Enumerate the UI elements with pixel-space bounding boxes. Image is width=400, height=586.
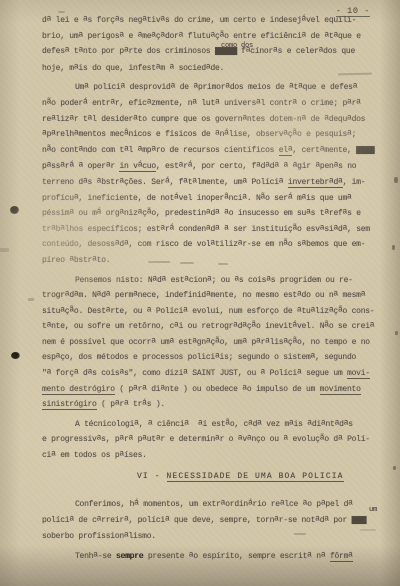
edge-speck: [392, 245, 395, 250]
text-line: sinistrógiro ( para trás ).: [42, 397, 390, 413]
document-page: - 10 - da lei e as forças negativas do c…: [0, 0, 400, 586]
text-run: nem é possível que ocorra uma estagnação…: [42, 338, 370, 347]
text-run: defesa tanto por parte dos criminosos: [42, 47, 215, 56]
text-line: mento destrógiro ( para diante ) ou obed…: [42, 382, 390, 398]
text-run: profícua, ineficiente, de notável inoper…: [42, 194, 352, 203]
text-run: Pensemos nisto: Nada estaciona; ou as co…: [75, 276, 353, 285]
text-run: e progressivas, para pautar e determinar…: [42, 435, 370, 444]
text-run: polícia de carreira, polícia que deve, s…: [42, 516, 352, 525]
text-run: situação. Destarte, ou a Polícia evolui,…: [42, 307, 374, 316]
text-run: ( para diante ) ou obedece ao impulso de…: [115, 385, 320, 394]
pencil-smudge: [148, 261, 170, 263]
text-line: não poderá entrar, eficazmente, na luta …: [42, 96, 390, 112]
section-heading: VI - NECESSIDADE DE UMA BOA POLICIA: [42, 469, 390, 485]
text-run: não poderá entrar, eficazmente, na luta …: [42, 99, 361, 108]
text-run: , im-: [343, 178, 366, 187]
text-run: espaço, dos métodos e processos policiai…: [42, 353, 356, 362]
underlined-text: mento destrógiro: [42, 385, 115, 395]
text-run: aparelhamentos mecânicos e físicos de an…: [42, 130, 356, 139]
pencil-smudge: [360, 529, 376, 531]
pencil-smudge: [0, 248, 9, 252]
text-line: Conferimos, há momentos, um extraordinár…: [42, 497, 390, 513]
text-line: trabalhos específicos; estará condenada …: [42, 222, 390, 238]
underlined-text: NECESSIDADE DE UMA BOA POLICIA: [167, 472, 344, 482]
interline-insertion-um: um: [369, 506, 377, 514]
text-line: brio, uma perigosa e ameaçadora flutuaçã…: [42, 29, 390, 45]
text-run: trogradam. Nada permanece, indefinidamen…: [42, 291, 365, 300]
text-run: cia em todos os países.: [42, 451, 147, 460]
text-run: , estará, por certo, fadada a agir apena…: [156, 162, 356, 171]
underlined-text: sinistrógiro: [42, 400, 97, 410]
text-run: péssima ou má organização, predestinada …: [42, 209, 361, 218]
text-run: hoje, mais do que, infestam a sociedade.: [42, 64, 224, 73]
pencil-smudge: [58, 11, 65, 13]
text-line: espaço, dos métodos e processos policiai…: [42, 350, 390, 366]
edge-speck: [395, 331, 398, 335]
text-run: tante, ou sofre um retôrno, cai ou retro…: [42, 322, 374, 331]
text-run: VI -: [137, 472, 167, 481]
interline-insertion-como-dos: como dos: [221, 42, 253, 50]
text-run: da lei e as forças negativas do crime, u…: [42, 16, 356, 25]
text-line: "a força das coisas", como dizia SAINT J…: [42, 366, 390, 382]
text-line: defesa tanto por parte dos criminosos ██…: [42, 44, 390, 61]
ink-blot-mark: [10, 206, 19, 214]
text-line: cia em todos os países.: [42, 448, 390, 464]
pencil-smudge: [218, 263, 228, 265]
text-run: conteúdo, desossada, com risco de volati…: [42, 240, 365, 249]
text-run: trabalhos específicos; estará condenada …: [42, 225, 370, 234]
text-run: realizar tal desiderato cumpre que os go…: [42, 115, 365, 124]
text-run: passará a operar: [42, 162, 119, 171]
text-run: , certamente,: [292, 146, 356, 155]
edge-speck: [393, 466, 396, 470]
text-run: Conferimos, há momentos, um extraordinár…: [75, 500, 353, 509]
text-run: píreo abstrato.: [42, 256, 110, 265]
text-line: polícia de carreira, polícia que deve, s…: [42, 513, 390, 530]
text-run: presente ao espírito, sempre escrita na: [143, 552, 330, 561]
text-run: ( para trás ).: [97, 400, 165, 409]
text-line: terreno das abstrações. Será, fatalmente…: [42, 175, 390, 191]
text-run: "a força das coisas", como dizia SAINT J…: [42, 369, 347, 378]
pencil-smudge: [180, 262, 194, 264]
underlined-text: in vácuo: [119, 162, 155, 172]
text-line: píreo abstrato.: [42, 253, 390, 269]
text-line: e progressivas, para pautar e determinar…: [42, 432, 390, 448]
text-run: soberbo profissionalismo.: [42, 532, 156, 541]
ink-blot-mark: [11, 352, 20, 359]
pencil-smudge: [294, 533, 306, 535]
text-run: brio, uma perigosa e ameaçadora flutuaçã…: [42, 32, 361, 41]
obliterated-word: ████: [352, 517, 366, 525]
text-line: situação. Destarte, ou a Polícia evolui,…: [42, 304, 390, 320]
text-block: da lei e as forças negativas do crime, u…: [42, 13, 390, 565]
underlined-text: movimento: [320, 385, 361, 395]
edge-speck: [394, 177, 398, 183]
text-run: não contando com tal amparo de recursos …: [42, 146, 279, 155]
underlined-text: invertebrada: [288, 178, 343, 188]
underlined-text: movi-: [347, 369, 370, 379]
text-run: Tenha-se: [75, 552, 116, 561]
pencil-smudge: [28, 298, 34, 301]
text-run: sempre: [116, 552, 143, 561]
text-line: aparelhamentos mecânicos e físicos de an…: [42, 127, 390, 143]
text-run: facínoras e celerados que: [237, 47, 355, 56]
obliterated-word: █████: [356, 147, 374, 155]
text-line: soberbo profissionalismo.: [42, 529, 390, 545]
underlined-text: fôrma: [330, 552, 353, 562]
text-line: Tenha-se sempre presente ao espírito, se…: [42, 549, 390, 565]
text-run: terreno das abstrações. Será, fatalmente…: [42, 178, 288, 187]
underlined-text: ela: [279, 146, 293, 156]
text-run: Uma polícia desprovida de aprimorados me…: [75, 83, 357, 92]
text-run: A técnicologia, a ciência aí estão, cada…: [75, 420, 353, 429]
